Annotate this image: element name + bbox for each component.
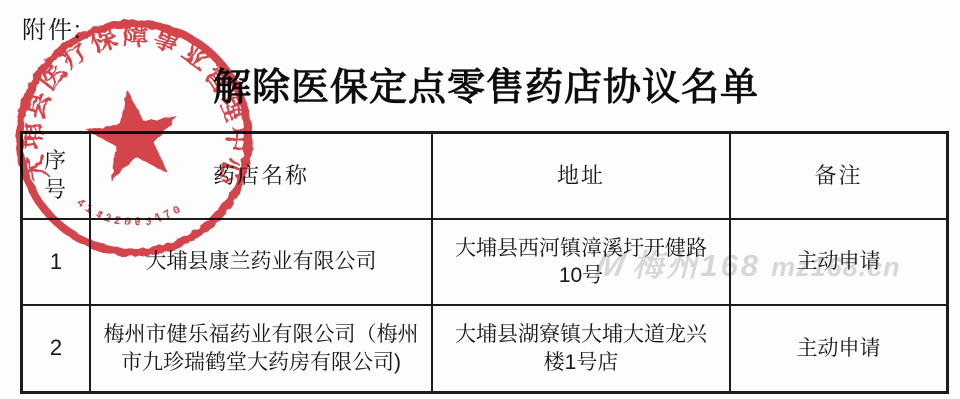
attachment-label: 附件: <box>22 10 83 45</box>
table-row-2-seq: 2 <box>23 306 91 391</box>
page-title: 解除医保定点零售药店协议名单 <box>196 56 776 111</box>
pharmacy-table: 序号 药店名称 地址 备注 1 大埔县康兰药业有限公司 大埔县西河镇漳溪圩开健路… <box>20 131 949 394</box>
table-row-2-address: 大埔县湖寮镇大埔大道龙兴楼1号店 <box>433 306 731 391</box>
table-row-2-pharmacy-name: 梅州市健乐福药业有限公司（梅州市九珍瑞鹤堂大药房有限公司) <box>91 306 433 391</box>
table-row-1-address: 大埔县西河镇漳溪圩开健路10号 <box>433 220 731 306</box>
table-header-address: 地址 <box>433 134 731 220</box>
table-row-1-seq: 1 <box>23 220 91 306</box>
table-row-1-remark: 主动申请 <box>731 220 946 306</box>
table-header-pharmacy-name: 药店名称 <box>91 134 433 220</box>
table-row-2-remark: 主动申请 <box>731 306 946 391</box>
scanned-document-page: 附件: 解除医保定点零售药店协议名单 M 梅州168 mz168.cn 序号 药… <box>0 0 960 399</box>
table-header-remark: 备注 <box>731 134 946 220</box>
table-header-seq: 序号 <box>23 134 91 220</box>
table-row-1-pharmacy-name: 大埔县康兰药业有限公司 <box>91 220 433 306</box>
